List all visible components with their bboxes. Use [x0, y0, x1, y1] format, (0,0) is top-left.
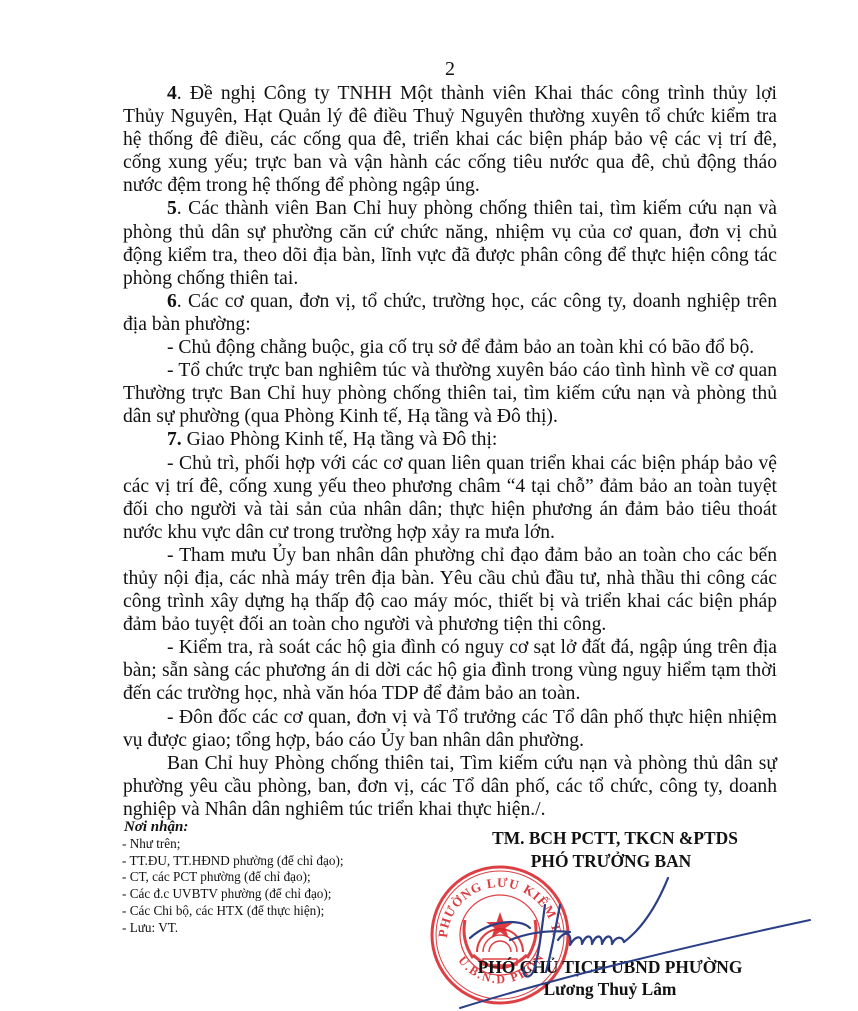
handwritten-signature-icon: [450, 870, 820, 1010]
receiver-item: - Như trên;: [122, 836, 422, 853]
paragraph-6-item-1: - Chủ động chằng buộc, gia cố trụ sở để …: [123, 336, 777, 359]
paragraph-7-item-4: - Đôn đốc các cơ quan, đơn vị và Tổ trưở…: [123, 706, 777, 752]
paragraph-7-item-3: - Kiểm tra, rà soát các hộ gia đình có n…: [123, 636, 777, 705]
paragraph-5: 5. Các thành viên Ban Chỉ huy phòng chốn…: [123, 197, 777, 289]
page-number: 2: [0, 58, 858, 80]
receivers-block: Nơi nhận: - Như trên; - TT.ĐU, TT.HĐND p…: [122, 818, 422, 936]
receiver-item: - CT, các PCT phường (để chỉ đạo);: [122, 869, 422, 886]
receivers-title: Nơi nhận:: [124, 818, 422, 836]
paragraph-4: 4. Đề nghị Công ty TNHH Một thành viên K…: [123, 82, 777, 197]
paragraph-6-item-2: - Tổ chức trực ban nghiêm túc và thường …: [123, 359, 777, 428]
paragraph-7: 7. Giao Phòng Kinh tế, Hạ tầng và Đô thị…: [123, 428, 777, 451]
closing-paragraph: Ban Chỉ huy Phòng chống thiên tai, Tìm k…: [123, 752, 777, 821]
receiver-item: - Các Chi bộ, các HTX (để thực hiện);: [122, 903, 422, 920]
signing-organization: TM. BCH PCTT, TKCN &PTDS: [450, 827, 780, 850]
paragraph-7-item-1: - Chủ trì, phối hợp với các cơ quan liên…: [123, 452, 777, 544]
paragraph-6: 6. Các cơ quan, đơn vị, tổ chức, trường …: [123, 290, 777, 336]
receiver-item: - TT.ĐU, TT.HĐND phường (để chỉ đạo);: [122, 853, 422, 870]
document-body: 4. Đề nghị Công ty TNHH Một thành viên K…: [123, 82, 777, 821]
paragraph-7-item-2: - Tham mưu Ủy ban nhân dân phường chỉ đạ…: [123, 544, 777, 636]
receiver-item: - Lưu: VT.: [122, 920, 422, 937]
receiver-item: - Các đ.c UVBTV phường (để chỉ đạo);: [122, 886, 422, 903]
